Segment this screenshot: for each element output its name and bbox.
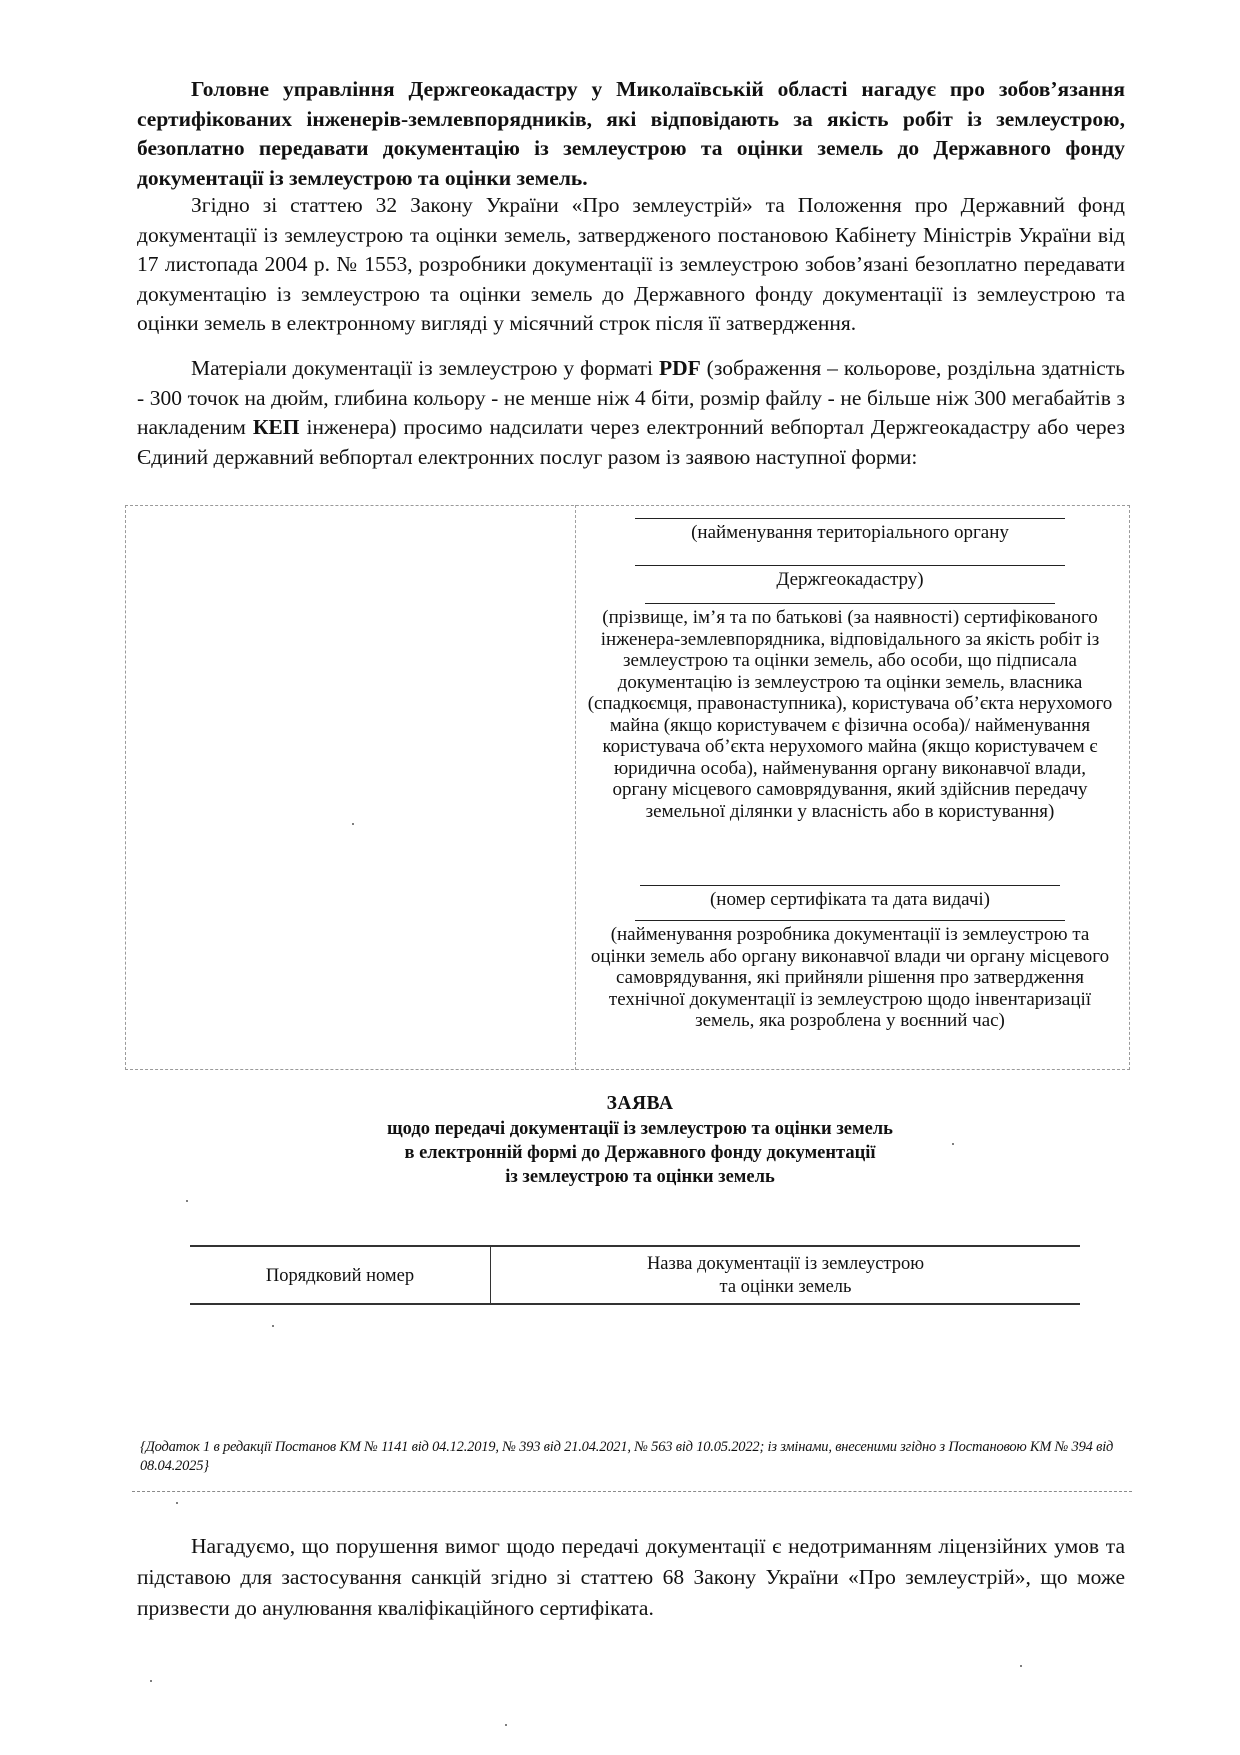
fill-in-line[interactable] <box>635 518 1065 519</box>
column-header-line: та оцінки земель <box>491 1276 1080 1299</box>
scan-speck <box>352 823 354 825</box>
scan-speck <box>176 1502 178 1504</box>
closing-text: Нагадуємо, що порушення вимог щодо перед… <box>137 1534 1125 1620</box>
format-requirements-paragraph: Матеріали документації із землеустрою у … <box>137 354 1125 472</box>
form-field-territorial-body-cont[interactable]: Держгеокадастру) <box>585 565 1115 591</box>
statement-subtitle-line: в електронній формі до Державного фонду … <box>300 1141 980 1165</box>
statement-subtitle-line: щодо передачі документації із землеустро… <box>300 1117 980 1141</box>
field-caption: (прізвище, ім’я та по батькові (за наявн… <box>588 607 1113 822</box>
scanned-document-page: Головне управління Держгеокадастру у Мик… <box>0 0 1240 1755</box>
field-caption: Держгеокадастру) <box>776 569 923 590</box>
legal-basis-text: Згідно зі статтею 32 Закону України «Про… <box>137 193 1125 335</box>
column-header-documentation-name: Назва документації із землеустрою та оці… <box>491 1246 1081 1304</box>
closing-paragraph: Нагадуємо, що порушення вимог щодо перед… <box>137 1531 1125 1624</box>
form-field-applicant-name[interactable]: (прізвище, ім’я та по батькові (за наявн… <box>585 603 1115 822</box>
statement-subtitle-line: із землеустрою та оцінки земель <box>300 1165 980 1189</box>
scan-speck <box>1020 1665 1022 1667</box>
form-field-certificate-number[interactable]: (номер сертифіката та дата видачі) <box>585 885 1115 911</box>
reminder-heading-paragraph: Головне управління Держгеокадастру у Мик… <box>137 75 1125 193</box>
legal-basis-paragraph: Згідно зі статтею 32 Закону України «Про… <box>137 191 1125 339</box>
reminder-heading-text: Головне управління Держгеокадастру у Мик… <box>137 77 1125 190</box>
table-header-row: Порядковий номер Назва документації із з… <box>190 1246 1080 1304</box>
statement-title: ЗАЯВА <box>300 1093 980 1115</box>
field-caption: (номер сертифіката та дата видачі) <box>710 889 990 910</box>
scan-speck <box>952 1143 954 1145</box>
scan-speck <box>505 1724 507 1726</box>
field-caption: (найменування територіального органу <box>691 522 1009 543</box>
kep-signature-label: КЕП <box>253 415 300 439</box>
fill-in-line[interactable] <box>635 565 1065 566</box>
field-caption: (найменування розробника документації із… <box>591 924 1109 1031</box>
pdf-format-label: PDF <box>659 356 701 380</box>
form-column-divider <box>575 505 576 1070</box>
scan-speck <box>150 1680 152 1682</box>
scan-speck <box>186 1200 188 1202</box>
column-header-serial-number: Порядковий номер <box>190 1246 491 1304</box>
column-header-line: Назва документації із землеустрою <box>491 1253 1080 1276</box>
section-divider <box>132 1491 1132 1492</box>
form-field-territorial-body[interactable]: (найменування територіального органу <box>585 518 1115 544</box>
amendment-note: {Додаток 1 в редакції Постанов КМ № 1141… <box>140 1438 1140 1476</box>
fill-in-line[interactable] <box>645 603 1055 604</box>
documentation-table: Порядковий номер Назва документації із з… <box>190 1245 1080 1305</box>
fill-in-line[interactable] <box>635 920 1065 921</box>
fill-in-line[interactable] <box>640 885 1060 886</box>
format-text-part: Матеріали документації із землеустрою у … <box>191 356 659 380</box>
scan-speck <box>272 1325 274 1327</box>
statement-subtitle: щодо передачі документації із землеустро… <box>300 1117 980 1189</box>
form-field-developer-name[interactable]: (найменування розробника документації із… <box>585 920 1115 1032</box>
